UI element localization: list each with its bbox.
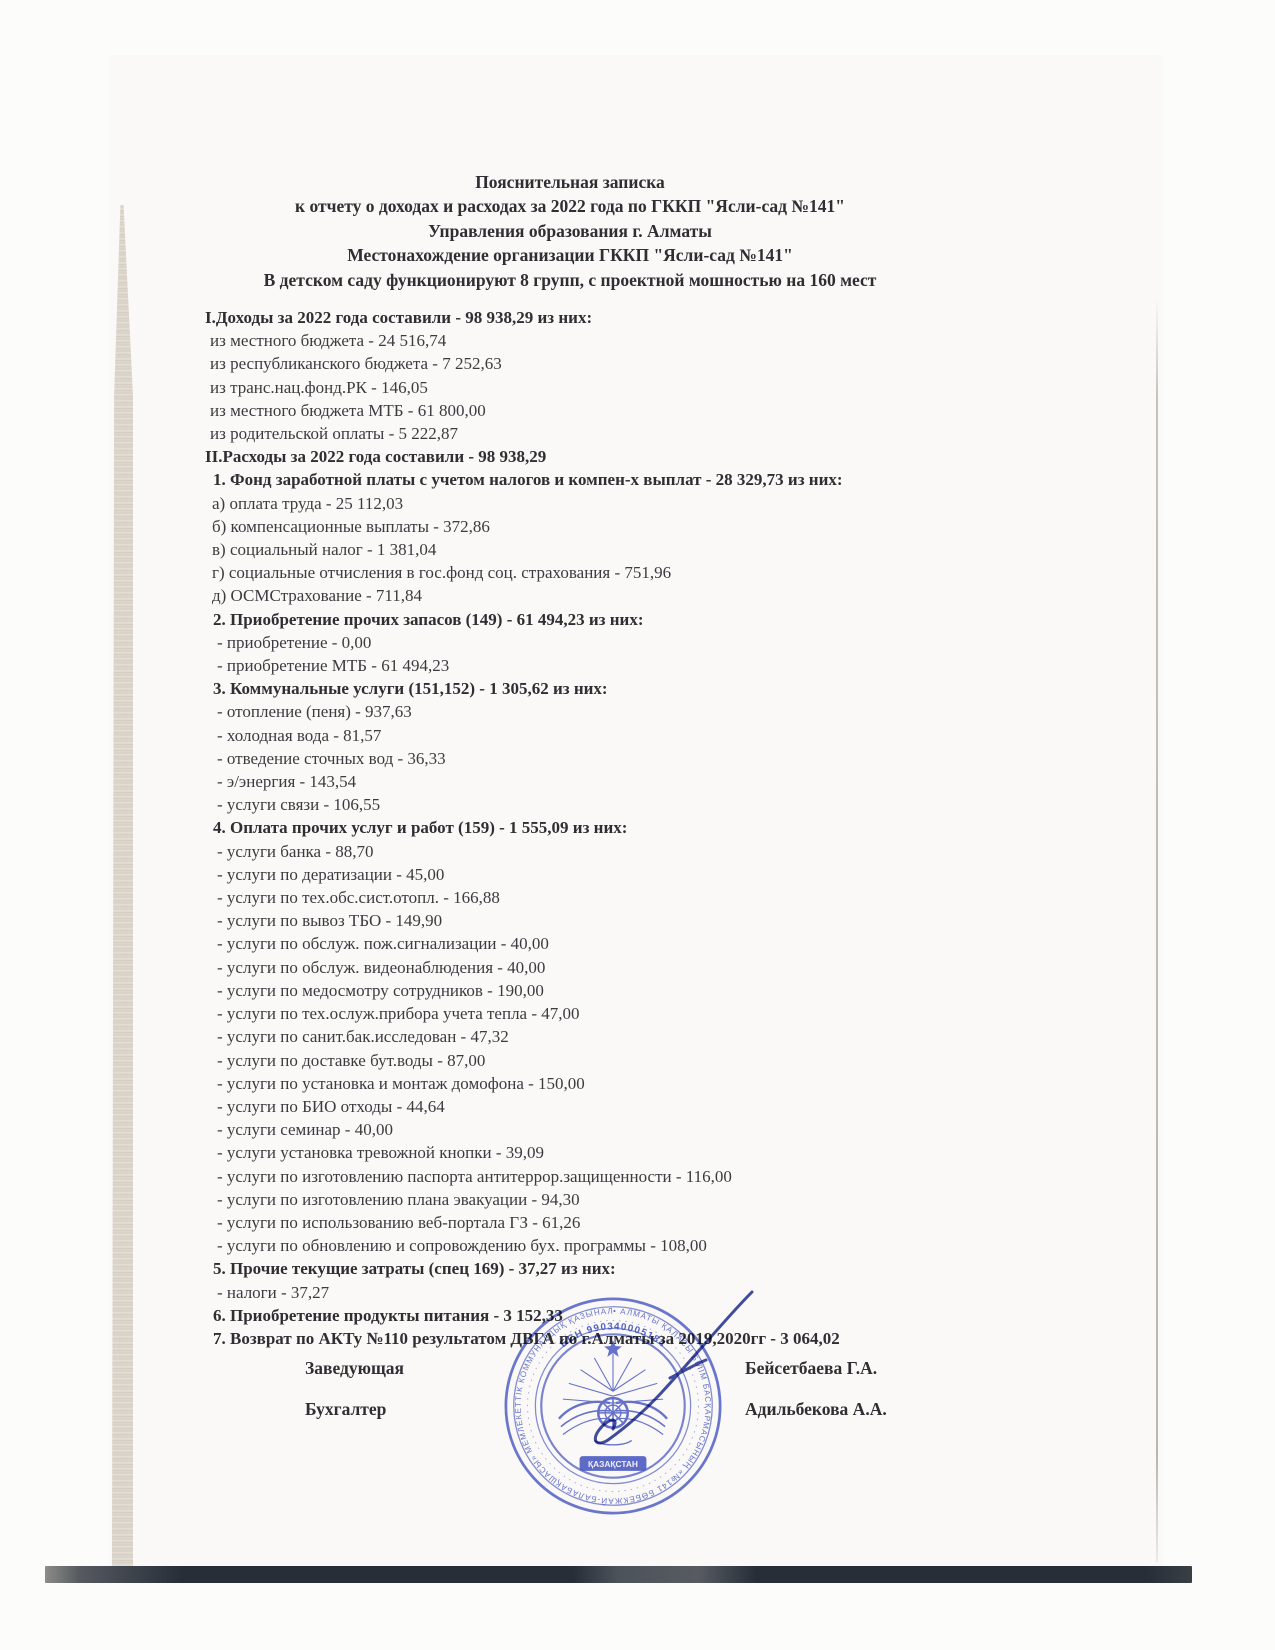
document-body: I.Доходы за 2022 года составили - 98 938… (205, 306, 1085, 1350)
body-line: д) ОСМСтрахование - 711,84 (205, 584, 1085, 607)
body-line: из транс.нац.фонд.РК - 146,05 (205, 376, 1085, 399)
document-title-block: Пояснительная записка к отчету о доходах… (170, 170, 970, 292)
body-line: - услуги по тех.обс.сист.отопл. - 166,88 (205, 886, 1085, 909)
body-line: II.Расходы за 2022 года составили - 98 9… (205, 445, 1085, 468)
body-line: 2. Приобретение прочих запасов (149) - 6… (205, 608, 1085, 631)
body-line: - отопление (пеня) - 937,63 (205, 700, 1085, 723)
body-line: - услуги по тех.ослуж.прибора учета тепл… (205, 1002, 1085, 1025)
body-line: - услуги связи - 106,55 (205, 793, 1085, 816)
paper-right-edge (1156, 298, 1158, 1562)
body-line: - услуги по установка и монтаж домофона … (205, 1072, 1085, 1095)
desk-dark-edge (45, 1566, 1192, 1583)
body-line: из местного бюджета - 24 516,74 (205, 329, 1085, 352)
body-line: - услуги установка тревожной кнопки - 39… (205, 1141, 1085, 1164)
body-line: - услуги по изготовлению паспорта антите… (205, 1165, 1085, 1188)
handwritten-signature (520, 1268, 780, 1478)
desk-edge-texture (112, 205, 133, 1568)
body-line: I.Доходы за 2022 года составили - 98 938… (205, 306, 1085, 329)
body-line: - услуги по обновлению и сопровождению б… (205, 1234, 1085, 1257)
body-line: - приобретение - 0,00 (205, 631, 1085, 654)
title-line: В детском саду функционируют 8 групп, с … (170, 268, 970, 292)
body-line: - услуги по вывоз ТБО - 149,90 (205, 909, 1085, 932)
body-line: из местного бюджета МТБ - 61 800,00 (205, 399, 1085, 422)
body-line: 1. Фонд заработной платы с учетом налого… (205, 468, 1085, 491)
body-line: - э/энергия - 143,54 (205, 770, 1085, 793)
body-line: - услуги банка - 88,70 (205, 840, 1085, 863)
body-line: из родительской оплаты - 5 222,87 (205, 422, 1085, 445)
body-line: б) компенсационные выплаты - 372,86 (205, 515, 1085, 538)
title-line: Местонахождение организации ГККП "Ясли-с… (170, 243, 970, 267)
body-line: - услуги семинар - 40,00 (205, 1118, 1085, 1141)
body-line: - услуги по дератизации - 45,00 (205, 863, 1085, 886)
body-line: - услуги по БИО отходы - 44,64 (205, 1095, 1085, 1118)
body-line: - услуги по изготовлению плана эвакуации… (205, 1188, 1085, 1211)
title-line: Управления образования г. Алматы (170, 219, 970, 243)
body-line: - услуги по обслуж. видеонаблюдения - 40… (205, 956, 1085, 979)
body-line: - услуги по доставке бут.воды - 87,00 (205, 1049, 1085, 1072)
body-line: г) социальные отчисления в гос.фонд соц.… (205, 561, 1085, 584)
body-line: - услуги по санит.бак.исследован - 47,32 (205, 1025, 1085, 1048)
body-line: 4. Оплата прочих услуг и работ (159) - 1… (205, 816, 1085, 839)
body-line: - отведение сточных вод - 36,33 (205, 747, 1085, 770)
body-line: а) оплата труда - 25 112,03 (205, 492, 1085, 515)
body-line: - услуги по медосмотру сотрудников - 190… (205, 979, 1085, 1002)
body-line: 3. Коммунальные услуги (151,152) - 1 305… (205, 677, 1085, 700)
signature-title: Заведующая (305, 1358, 404, 1379)
body-line: - услуги по обслуж. пож.сигнализации - 4… (205, 932, 1085, 955)
body-line: - приобретение МТБ - 61 494,23 (205, 654, 1085, 677)
title-line: к отчету о доходах и расходах за 2022 го… (170, 194, 970, 218)
body-line: - холодная вода - 81,57 (205, 724, 1085, 747)
title-line: Пояснительная записка (170, 170, 970, 194)
body-line: - услуги по использованию веб-портала ГЗ… (205, 1211, 1085, 1234)
signature-title: Бухгалтер (305, 1399, 386, 1420)
body-line: в) социальный налог - 1 381,04 (205, 538, 1085, 561)
body-line: из республиканского бюджета - 7 252,63 (205, 352, 1085, 375)
scanned-document-photo: Пояснительная записка к отчету о доходах… (0, 0, 1275, 1650)
